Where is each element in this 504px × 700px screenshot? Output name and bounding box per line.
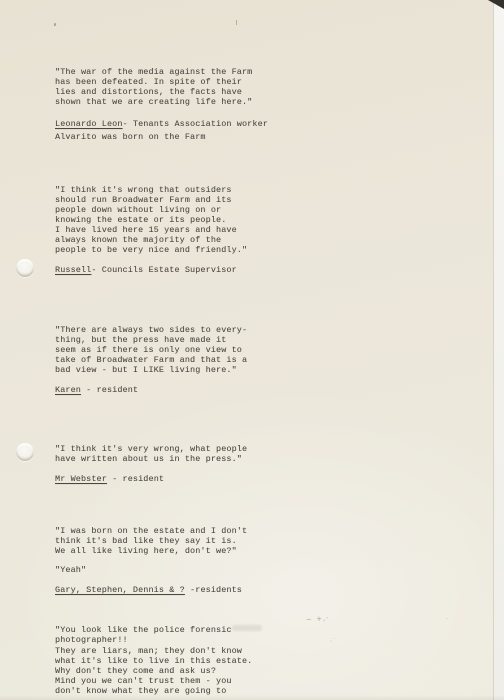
quote-paragraph-continued: They are liars, man; they don't know wha… [55, 646, 252, 696]
attribution-name: Karen [55, 385, 81, 395]
attribution-role: - resident [81, 385, 138, 395]
quote-paragraph: "I was born on the estate and I don't th… [55, 526, 247, 556]
ink-speck [236, 20, 237, 25]
attribution-role: -residents [185, 585, 242, 595]
attribution-role: - resident [107, 474, 164, 484]
scanned-page: ~ +,· · ,· "The war of the media against… [0, 0, 504, 700]
attribution-role: - Tenants Association worker [123, 119, 268, 129]
quote-paragraph: "There are always two sides to every- th… [55, 325, 247, 375]
quote-paragraph: "You look like the police forensic photo… [55, 625, 232, 645]
hole-punch-bottom [16, 443, 34, 461]
quote-paragraph: "I think it's very wrong, what people ha… [55, 444, 247, 464]
scan-corner-shadow [488, 0, 504, 9]
attribution: Gary, Stephen, Dennis & ? -residents [55, 585, 242, 595]
hole-punch-top [16, 259, 34, 277]
attribution-name: Mr Webster [55, 474, 107, 484]
pencil-note: ,· [330, 636, 337, 643]
paper-right-edge [493, 0, 504, 700]
quote-reply: "Yeah" [55, 565, 86, 575]
pencil-smudge [232, 625, 262, 631]
quote-paragraph: "The war of the media against the Farm h… [55, 67, 252, 107]
quote-paragraph: "I think it's wrong that outsiders shoul… [55, 185, 247, 255]
attribution: Leonardo Leon- Tenants Association worke… [55, 119, 268, 129]
ink-speck [54, 23, 56, 26]
attribution-name: Leonardo Leon [55, 119, 123, 129]
attribution-role: - Councils Estate Supervisor [91, 265, 236, 275]
attribution-name: Gary, Stephen, Dennis & ? [55, 585, 185, 595]
attribution: Karen - resident [55, 385, 138, 395]
pencil-note: ~ +,· [306, 615, 330, 624]
note-line: Alvarito was born on the Farm [55, 132, 206, 142]
pencil-note: · [446, 616, 450, 623]
attribution: Mr Webster - resident [55, 474, 164, 484]
attribution: Russell- Councils Estate Supervisor [55, 265, 237, 275]
attribution-name: Russell [55, 265, 91, 275]
